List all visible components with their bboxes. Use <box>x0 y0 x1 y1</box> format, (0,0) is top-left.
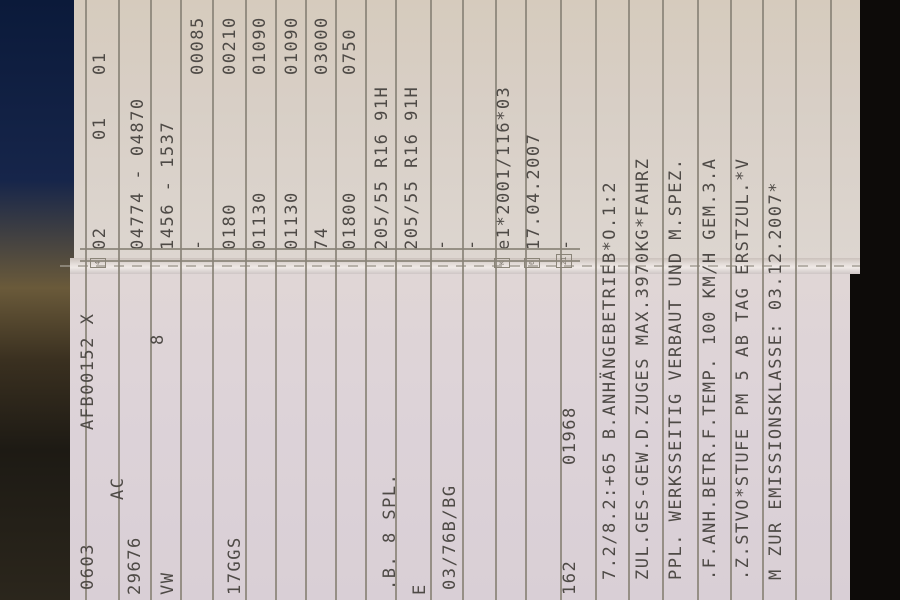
column-rule <box>462 0 464 600</box>
field-value: VW <box>158 572 178 595</box>
row-left-value: 74 <box>312 227 332 250</box>
column-rule <box>628 0 630 600</box>
column-rule <box>180 0 182 600</box>
column-rule <box>560 0 562 600</box>
field-value: 03/76B/BG <box>440 484 460 590</box>
column-rule <box>762 0 764 600</box>
row-left-value: 0180 <box>220 203 240 250</box>
row-left-value: 17.04.2007 <box>524 133 544 250</box>
row-left-value: 205/55 R16 91H <box>402 86 422 250</box>
cell-divider <box>80 260 580 262</box>
row-left-value: 02 <box>90 227 110 250</box>
column-rule <box>662 0 664 600</box>
field-value: 29676 <box>125 536 145 595</box>
field-value: 0603 <box>78 543 98 590</box>
row-right-value: 01 <box>90 52 110 75</box>
cell-divider <box>80 248 580 250</box>
column-rule <box>335 0 337 600</box>
row-left-value: 04774 - 04870 <box>128 97 148 250</box>
field-value: 01968 <box>560 406 580 465</box>
column-rule <box>275 0 277 600</box>
remark-line: .Z.STVO*STUFE PM 5 AB TAG ERSTZUL.*V <box>733 158 753 580</box>
registration-document: 0603AFB00152 XAC296768VW17GGS.B. 8 SPL.E… <box>0 0 900 600</box>
field-value: AC <box>108 477 128 500</box>
row-left-value: 01130 <box>250 191 270 250</box>
remark-line: ZUL.GES-GEW.D.ZUGES MAX.3970KG*FAHRZ <box>633 158 653 580</box>
column-rule <box>430 0 432 600</box>
row-right-value: 01090 <box>250 16 270 75</box>
column-rule <box>595 0 597 600</box>
row-right-value: 00210 <box>220 16 240 75</box>
column-rule <box>365 0 367 600</box>
remark-line: 7.2/8.2:+65 B.ANHÄNGEBETRIEB*O.1:2 <box>600 181 620 580</box>
row-left-value: 1456 - 1537 <box>158 121 178 250</box>
column-rule <box>118 0 120 600</box>
field-value: 8 <box>148 333 168 345</box>
remark-line: PPL. WERKSSEITIG VERBAUT UND M.SPEZ. <box>666 158 686 580</box>
row-right-value: 0750 <box>340 28 360 75</box>
row-right-value: 01090 <box>282 16 302 75</box>
column-rule <box>85 0 87 600</box>
remark-line: .F.ANH.BETR.F.TEMP. 100 KM/H GEM.3.A <box>700 158 720 580</box>
field-value: 162 <box>560 560 580 595</box>
field-value: 17GGS <box>225 536 245 595</box>
row-left-value: 205/55 R16 91H <box>372 86 392 250</box>
remark-line: M ZUR EMISSIONSKLASSE: 03.12.2007* <box>766 181 786 580</box>
row-mid-value: 01 <box>90 117 110 140</box>
column-rule <box>830 0 832 600</box>
column-rule <box>305 0 307 600</box>
field-value: AFB00152 X <box>78 313 98 430</box>
column-rule <box>212 0 214 600</box>
document-frame: 0603AFB00152 XAC296768VW17GGS.B. 8 SPL.E… <box>60 0 860 600</box>
column-rule <box>525 0 527 600</box>
row-left-value: 01800 <box>340 191 360 250</box>
row-left-value: 01130 <box>282 191 302 250</box>
row-right-value: 03000 <box>312 16 332 75</box>
field-value: E <box>410 583 430 595</box>
column-rule <box>730 0 732 600</box>
column-rule <box>697 0 699 600</box>
row-right-value: 00085 <box>188 16 208 75</box>
column-rule <box>150 0 152 600</box>
column-rule <box>245 0 247 600</box>
row-left-value: e1*2001/116*03 <box>494 86 514 250</box>
field-value: .B. 8 SPL. <box>380 473 400 590</box>
column-rule <box>795 0 797 600</box>
